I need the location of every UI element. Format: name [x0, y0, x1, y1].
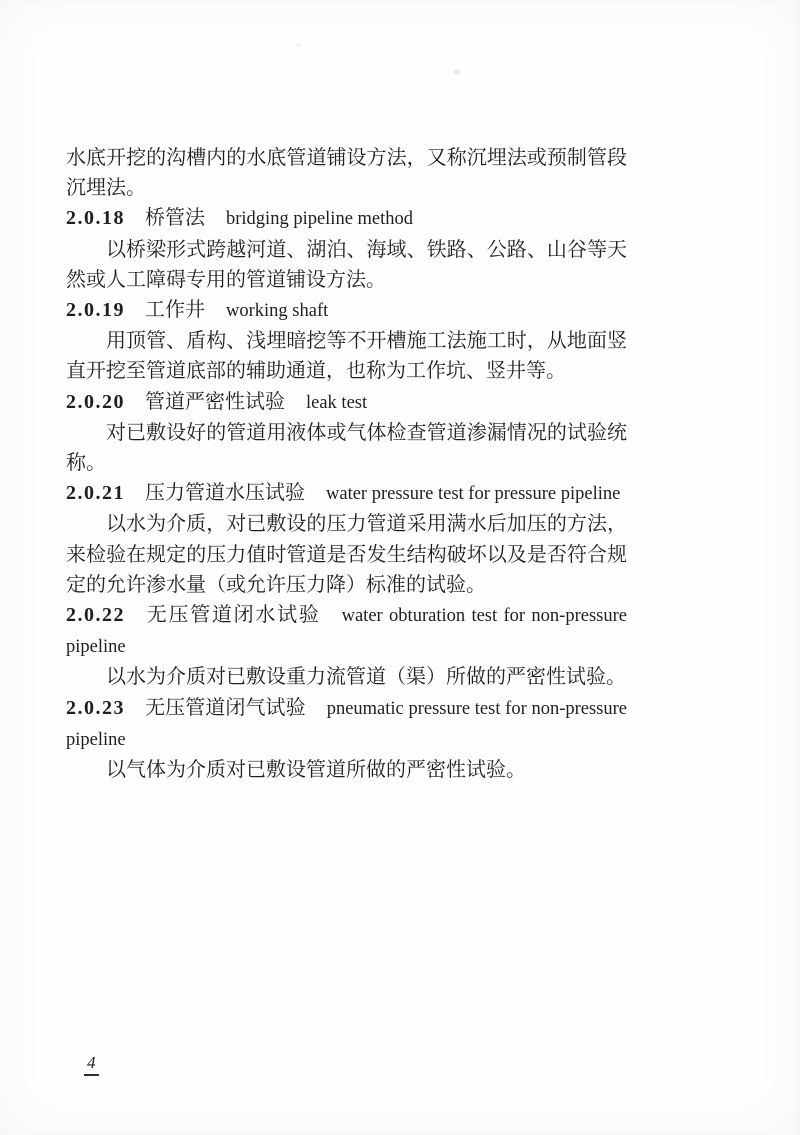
definitions-section: 水底开挖的沟槽内的水底管道铺设方法，又称沉埋法或预制管段沉埋法。 2.0.18桥… — [66, 143, 627, 785]
term-chinese: 压力管道水压试验 — [145, 482, 305, 504]
scan-speckle — [453, 69, 460, 75]
clause-number: 2.0.19 — [66, 299, 125, 321]
clause-number: 2.0.21 — [66, 482, 125, 504]
term-entry-2-0-20: 2.0.20管道严密性试验leak test — [66, 387, 627, 418]
definition-paragraph: 用顶管、盾构、浅埋暗挖等不开槽施工法施工时，从地面竖直开挖至管道底部的辅助通道，… — [66, 326, 627, 386]
paragraph-continued: 水底开挖的沟槽内的水底管道铺设方法，又称沉埋法或预制管段沉埋法。 — [66, 143, 627, 203]
definition-paragraph: 对已敷设好的管道用液体或气体检查管道渗漏情况的试验统称。 — [66, 418, 627, 478]
term-entry-2-0-22: 2.0.22无压管道闭水试验water obturation test for … — [66, 600, 627, 662]
clause-number: 2.0.22 — [66, 604, 125, 626]
document-page: 水底开挖的沟槽内的水底管道铺设方法，又称沉埋法或预制管段沉埋法。 2.0.18桥… — [0, 0, 800, 1135]
scan-speckle — [296, 43, 301, 47]
term-chinese: 无压管道闭水试验 — [145, 604, 321, 626]
term-english: water pressure test for pressure pipelin… — [326, 484, 620, 504]
term-entry-2-0-18: 2.0.18桥管法bridging pipeline method — [66, 203, 627, 234]
term-english: working shaft — [226, 301, 328, 321]
term-chinese: 桥管法 — [145, 207, 205, 229]
term-chinese: 工作井 — [145, 299, 205, 321]
term-chinese: 无压管道闭气试验 — [145, 697, 306, 719]
clause-number: 2.0.18 — [66, 207, 125, 229]
term-entry-2-0-21: 2.0.21压力管道水压试验water pressure test for pr… — [66, 478, 627, 509]
term-entry-2-0-19: 2.0.19工作井working shaft — [66, 295, 627, 326]
definition-paragraph: 以桥梁形式跨越河道、湖泊、海域、铁路、公路、山谷等天然或人工障碍专用的管道铺设方… — [66, 235, 627, 295]
clause-number: 2.0.23 — [66, 697, 125, 719]
term-english: leak test — [306, 393, 367, 413]
definition-paragraph: 以气体为介质对已敷设管道所做的严密性试验。 — [66, 755, 627, 785]
term-chinese: 管道严密性试验 — [145, 391, 285, 413]
term-english: bridging pipeline method — [226, 209, 413, 229]
definition-paragraph: 以水为介质，对已敷设的压力管道采用满水后加压的方法，来检验在规定的压力值时管道是… — [66, 509, 627, 600]
page-number: 4 — [84, 1054, 99, 1076]
definition-paragraph: 以水为介质对已敷设重力流管道（渠）所做的严密性试验。 — [66, 662, 627, 692]
clause-number: 2.0.20 — [66, 391, 125, 413]
term-entry-2-0-23: 2.0.23无压管道闭气试验pneumatic pressure test fo… — [66, 693, 627, 755]
